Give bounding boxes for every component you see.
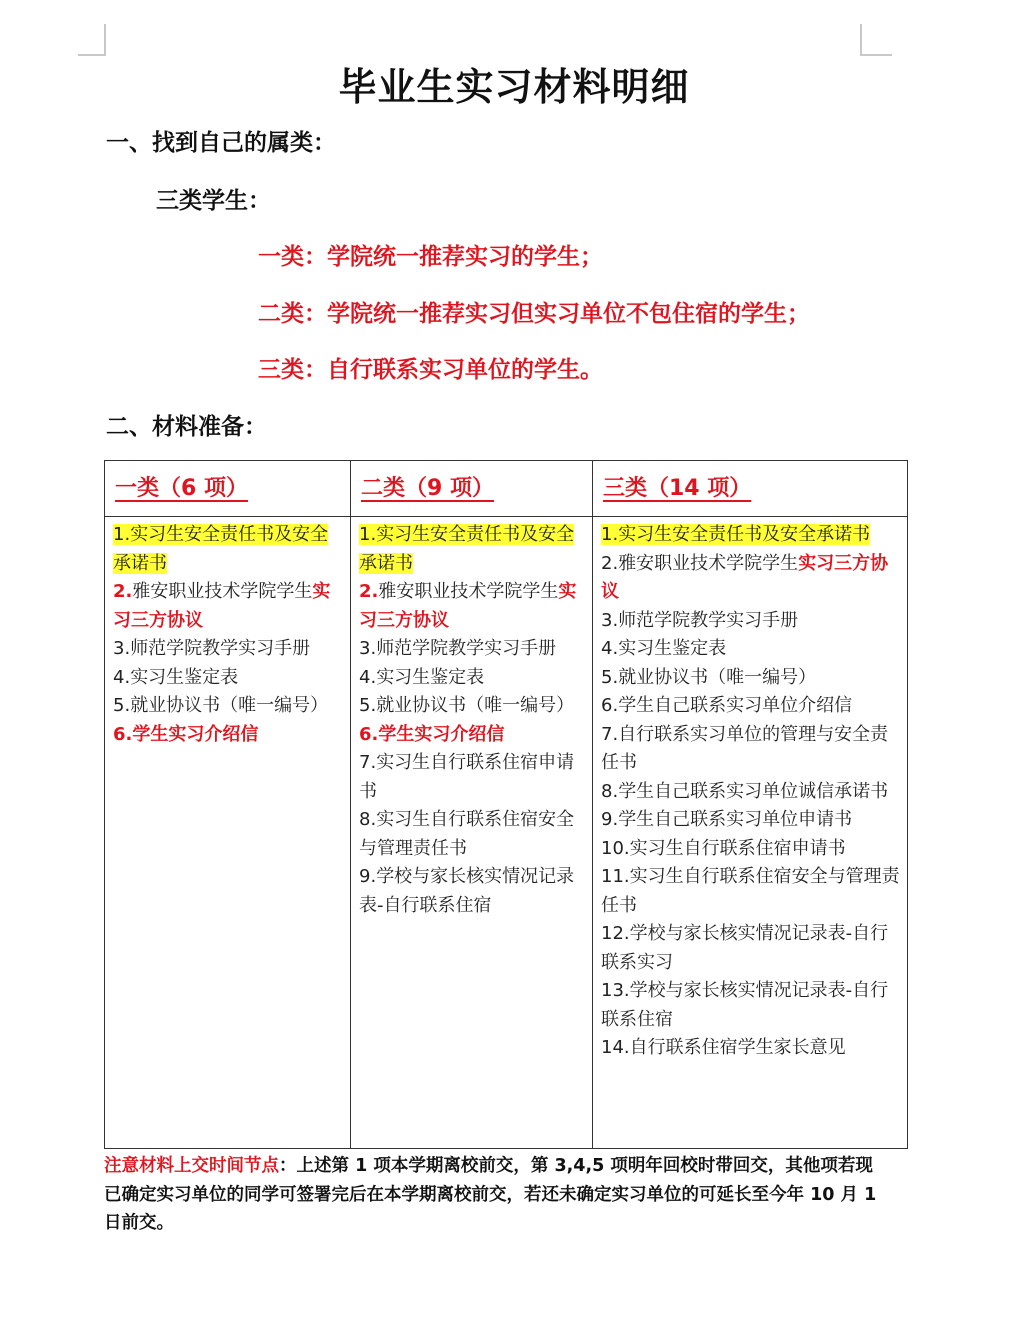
column-header-category-1: 一类（6 项） bbox=[115, 476, 248, 501]
material-item: 13.学校与家长核实情况记录表-自行联系住宿 bbox=[601, 977, 901, 1034]
item-number: 6. bbox=[359, 724, 378, 745]
item-text: 实习生鉴定表 bbox=[130, 667, 238, 688]
item-number: 5. bbox=[359, 695, 376, 716]
table-cell-category-3: 1.实习生安全责任书及安全承诺书2.雅安职业技术学院学生实习三方协议3.师范学院… bbox=[593, 517, 908, 1149]
section-heading-1: 一、找到自己的属类： bbox=[106, 124, 336, 157]
item-number: 2. bbox=[601, 553, 618, 574]
note-lead: 注意材料上交时间节点 bbox=[104, 1156, 279, 1176]
item-text: 实习生自行联系住宿申请书 bbox=[630, 838, 846, 859]
material-item: 12.学校与家长核实情况记录表-自行联系实习 bbox=[601, 920, 901, 977]
material-list: 1.实习生安全责任书及安全承诺书2.雅安职业技术学院学生实习三方协议3.师范学院… bbox=[359, 521, 586, 920]
category-line-2: 二类：学院统一推荐实习但实习单位不包住宿的学生； bbox=[258, 295, 810, 328]
page-corner-mark-top-right bbox=[860, 24, 892, 56]
category-line-3: 三类：自行联系实习单位的学生。 bbox=[258, 351, 603, 384]
item-text: 实习生安全责任书及安全承诺书 bbox=[359, 524, 574, 574]
material-item: 4.实习生鉴定表 bbox=[601, 635, 901, 664]
item-text: 实习生鉴定表 bbox=[376, 667, 484, 688]
item-number: 5. bbox=[601, 667, 618, 688]
section-subheading: 三类学生： bbox=[156, 182, 271, 215]
item-number: 3. bbox=[113, 638, 130, 659]
item-text: 师范学院教学实习手册 bbox=[130, 638, 310, 659]
table-body-row: 1.实习生安全责任书及安全承诺书2.雅安职业技术学院学生实习三方协议3.师范学院… bbox=[105, 517, 908, 1149]
material-item: 6.学生实习介绍信 bbox=[113, 721, 344, 750]
item-text: 就业协议书（唯一编号） bbox=[130, 695, 328, 716]
table-header-cell: 二类（9 项） bbox=[351, 461, 593, 517]
material-item: 4.实习生鉴定表 bbox=[359, 664, 586, 693]
item-number: 3. bbox=[601, 610, 618, 631]
highlighted-text: 1.实习生安全责任书及安全承诺书 bbox=[113, 524, 328, 574]
material-item: 2.雅安职业技术学院学生实习三方协议 bbox=[601, 550, 901, 607]
material-item: 7.自行联系实习单位的管理与安全责任书 bbox=[601, 721, 901, 778]
item-text: 实习生安全责任书及安全承诺书 bbox=[618, 524, 870, 545]
category-label: 一类： bbox=[258, 244, 327, 270]
item-text: 学生实习介绍信 bbox=[378, 724, 504, 745]
material-item: 8.实习生自行联系住宿安全与管理责任书 bbox=[359, 806, 586, 863]
material-item: 5.就业协议书（唯一编号） bbox=[113, 692, 344, 721]
item-number: 9. bbox=[359, 866, 376, 887]
item-number: 7. bbox=[601, 724, 618, 745]
table-header-cell: 一类（6 项） bbox=[105, 461, 351, 517]
item-text: 实习生自行联系住宿申请书 bbox=[359, 752, 574, 802]
item-number: 9. bbox=[601, 809, 618, 830]
item-text: 实习生鉴定表 bbox=[618, 638, 726, 659]
item-text: 学生自己联系实习单位诚信承诺书 bbox=[618, 781, 888, 802]
item-text: 就业协议书（唯一编号） bbox=[618, 667, 816, 688]
highlighted-text: 1.实习生安全责任书及安全承诺书 bbox=[359, 524, 574, 574]
item-text: 师范学院教学实习手册 bbox=[618, 610, 798, 631]
item-number: 12. bbox=[601, 923, 630, 944]
item-text: 学生自己联系实习单位申请书 bbox=[618, 809, 852, 830]
material-item: 5.就业协议书（唯一编号） bbox=[601, 664, 901, 693]
category-text: 学院统一推荐实习但实习单位不包住宿的学生； bbox=[327, 301, 810, 327]
material-item: 14.自行联系住宿学生家长意见 bbox=[601, 1034, 901, 1063]
material-list: 1.实习生安全责任书及安全承诺书2.雅安职业技术学院学生实习三方协议3.师范学院… bbox=[113, 521, 344, 749]
page-corner-mark-top-left bbox=[78, 24, 106, 56]
material-item: 6.学生自己联系实习单位介绍信 bbox=[601, 692, 901, 721]
item-text: 雅安职业技术学院学生 bbox=[378, 581, 558, 602]
item-number: 1. bbox=[601, 524, 618, 545]
material-item: 9.学校与家长核实情况记录表-自行联系住宿 bbox=[359, 863, 586, 920]
item-text: 雅安职业技术学院学生 bbox=[132, 581, 312, 602]
category-text: 自行联系实习单位的学生。 bbox=[327, 357, 603, 383]
highlighted-text: 1.实习生安全责任书及安全承诺书 bbox=[601, 524, 870, 545]
item-text: 雅安职业技术学院学生 bbox=[618, 553, 798, 574]
item-number: 2. bbox=[113, 581, 132, 602]
material-item: 3.师范学院教学实习手册 bbox=[601, 607, 901, 636]
material-item: 5.就业协议书（唯一编号） bbox=[359, 692, 586, 721]
item-text: 学校与家长核实情况记录表-自行联系住宿 bbox=[601, 980, 888, 1030]
material-item: 7.实习生自行联系住宿申请书 bbox=[359, 749, 586, 806]
item-number: 1. bbox=[113, 524, 130, 545]
item-number: 7. bbox=[359, 752, 376, 773]
column-header-category-3: 三类（14 项） bbox=[603, 476, 751, 501]
item-number: 4. bbox=[113, 667, 130, 688]
item-number: 5. bbox=[113, 695, 130, 716]
item-number: 8. bbox=[601, 781, 618, 802]
material-item: 3.师范学院教学实习手册 bbox=[113, 635, 344, 664]
material-item: 3.师范学院教学实习手册 bbox=[359, 635, 586, 664]
material-item: 1.实习生安全责任书及安全承诺书 bbox=[359, 521, 586, 578]
category-text: 学院统一推荐实习的学生； bbox=[327, 244, 603, 270]
item-number: 14. bbox=[601, 1037, 630, 1058]
item-number: 11. bbox=[601, 866, 630, 887]
material-item: 1.实习生安全责任书及安全承诺书 bbox=[113, 521, 344, 578]
item-text: 实习生自行联系住宿安全与管理责任书 bbox=[601, 866, 900, 916]
material-item: 2.雅安职业技术学院学生实习三方协议 bbox=[113, 578, 344, 635]
materials-table: 一类（6 项） 二类（9 项） 三类（14 项） 1.实习生安全责任书及安全承诺… bbox=[104, 460, 908, 1149]
item-text: 学校与家长核实情况记录表-自行联系实习 bbox=[601, 923, 888, 973]
table-cell-category-2: 1.实习生安全责任书及安全承诺书2.雅安职业技术学院学生实习三方协议3.师范学院… bbox=[351, 517, 593, 1149]
section-heading-2: 二、材料准备： bbox=[106, 408, 267, 441]
category-label: 三类： bbox=[258, 357, 327, 383]
item-number: 1. bbox=[359, 524, 376, 545]
item-number: 6. bbox=[601, 695, 618, 716]
item-text: 就业协议书（唯一编号） bbox=[376, 695, 574, 716]
item-text: 实习生安全责任书及安全承诺书 bbox=[113, 524, 328, 574]
material-item: 1.实习生安全责任书及安全承诺书 bbox=[601, 521, 901, 550]
item-number: 2. bbox=[359, 581, 378, 602]
item-text: 学校与家长核实情况记录表-自行联系住宿 bbox=[359, 866, 574, 916]
material-item: 8.学生自己联系实习单位诚信承诺书 bbox=[601, 778, 901, 807]
item-text: 师范学院教学实习手册 bbox=[376, 638, 556, 659]
material-item: 2.雅安职业技术学院学生实习三方协议 bbox=[359, 578, 586, 635]
table-header-row: 一类（6 项） 二类（9 项） 三类（14 项） bbox=[105, 461, 908, 517]
document-title: 毕业生实习材料明细 bbox=[0, 56, 1024, 111]
table-header-cell: 三类（14 项） bbox=[593, 461, 908, 517]
item-number: 4. bbox=[601, 638, 618, 659]
material-item: 11.实习生自行联系住宿安全与管理责任书 bbox=[601, 863, 901, 920]
material-item: 6.学生实习介绍信 bbox=[359, 721, 586, 750]
item-number: 13. bbox=[601, 980, 630, 1001]
table-cell-category-1: 1.实习生安全责任书及安全承诺书2.雅安职业技术学院学生实习三方协议3.师范学院… bbox=[105, 517, 351, 1149]
material-item: 4.实习生鉴定表 bbox=[113, 664, 344, 693]
item-number: 10. bbox=[601, 838, 630, 859]
item-text: 学生自己联系实习单位介绍信 bbox=[618, 695, 852, 716]
item-number: 4. bbox=[359, 667, 376, 688]
material-item: 10.实习生自行联系住宿申请书 bbox=[601, 835, 901, 864]
category-line-1: 一类：学院统一推荐实习的学生； bbox=[258, 238, 603, 271]
item-number: 8. bbox=[359, 809, 376, 830]
column-header-category-2: 二类（9 项） bbox=[361, 476, 494, 501]
material-list: 1.实习生安全责任书及安全承诺书2.雅安职业技术学院学生实习三方协议3.师范学院… bbox=[601, 521, 901, 1063]
item-number: 3. bbox=[359, 638, 376, 659]
item-text: 自行联系住宿学生家长意见 bbox=[630, 1037, 846, 1058]
item-text: 实习生自行联系住宿安全与管理责任书 bbox=[359, 809, 574, 859]
submission-deadline-note: 注意材料上交时间节点：上述第 1 项本学期离校前交，第 3,4,5 项明年回校时… bbox=[104, 1152, 884, 1238]
item-text: 学生实习介绍信 bbox=[132, 724, 258, 745]
note-colon: ： bbox=[279, 1156, 297, 1176]
category-label: 二类： bbox=[258, 301, 327, 327]
item-number: 6. bbox=[113, 724, 132, 745]
material-item: 9.学生自己联系实习单位申请书 bbox=[601, 806, 901, 835]
item-text: 自行联系实习单位的管理与安全责任书 bbox=[601, 724, 888, 774]
